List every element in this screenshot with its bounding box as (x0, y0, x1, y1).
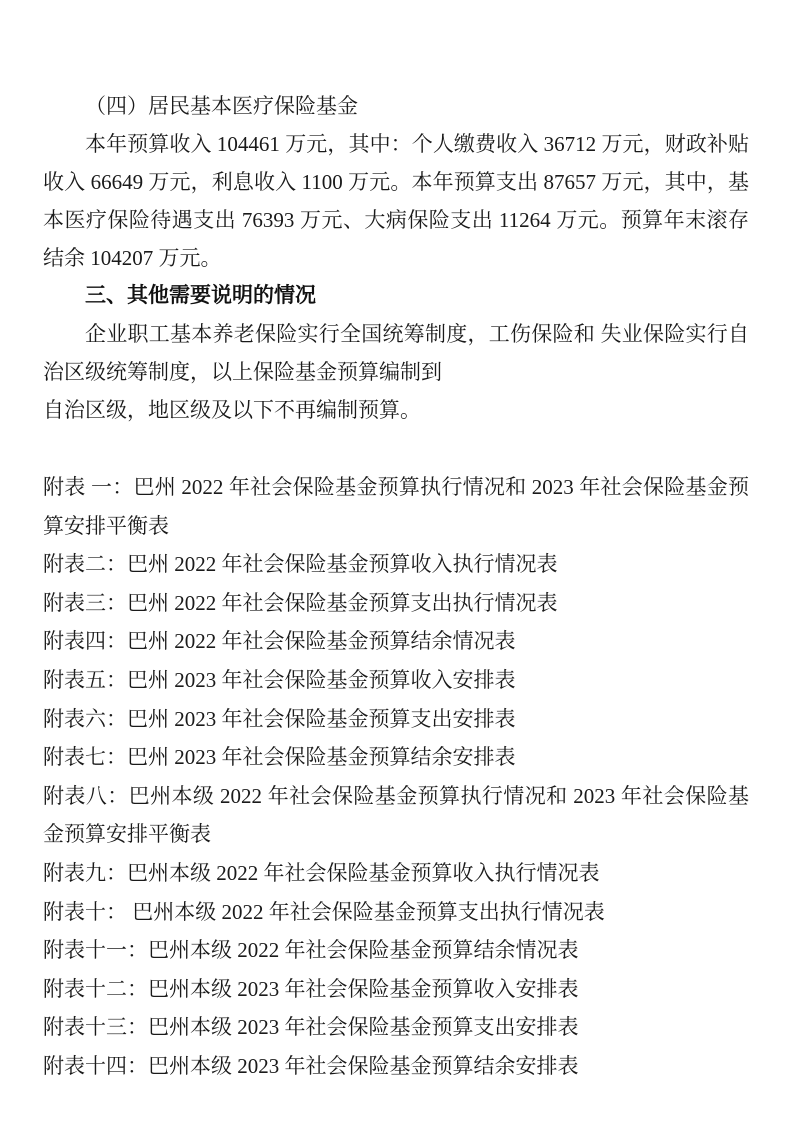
appendix-item-2: 附表二：巴州 2022 年社会保险基金预算收入执行情况表 (43, 545, 749, 584)
appendix-item-7: 附表七：巴州 2023 年社会保险基金预算结余安排表 (43, 738, 749, 777)
other-info-statement-line2: 自治区级，地区级及以下不再编制预算。 (43, 391, 749, 429)
appendix-item-11: 附表十一：巴州本级 2022 年社会保险基金预算结余情况表 (43, 931, 749, 970)
appendix-item-12: 附表十二：巴州本级 2023 年社会保险基金预算收入安排表 (43, 970, 749, 1009)
appendix-item-6: 附表六：巴州 2023 年社会保险基金预算支出安排表 (43, 700, 749, 739)
appendix-item-10: 附表十： 巴州本级 2022 年社会保险基金预算支出执行情况表 (43, 893, 749, 932)
appendix-item-14: 附表十四：巴州本级 2023 年社会保险基金预算结余安排表 (43, 1047, 749, 1086)
section4-body: 本年预算收入 104461 万元，其中：个人缴费收入 36712 万元，财政补贴… (43, 125, 749, 277)
appendix-item-4: 附表四：巴州 2022 年社会保险基金预算结余情况表 (43, 622, 749, 661)
appendix-item-3: 附表三：巴州 2022 年社会保险基金预算支出执行情况表 (43, 584, 749, 623)
appendix-item-9: 附表九：巴州本级 2022 年社会保险基金预算收入执行情况表 (43, 854, 749, 893)
other-info-heading: 三、其他需要说明的情况 (43, 277, 749, 315)
other-info-statement-line1: 企业职工基本养老保险实行全国统筹制度，工伤保险和 失业保险实行自治区级统筹制度，… (43, 315, 749, 391)
appendix-item-1: 附表 一：巴州 2022 年社会保险基金预算执行情况和 2023 年社会保险基金… (43, 468, 749, 545)
appendix-item-13: 附表十三：巴州本级 2023 年社会保险基金预算支出安排表 (43, 1008, 749, 1047)
document-page: （四）居民基本医疗保险基金 本年预算收入 104461 万元，其中：个人缴费收入… (0, 0, 793, 1122)
page-content: （四）居民基本医疗保险基金 本年预算收入 104461 万元，其中：个人缴费收入… (43, 87, 749, 1086)
section4-title: （四）居民基本医疗保险基金 (43, 87, 749, 125)
appendix-item-5: 附表五：巴州 2023 年社会保险基金预算收入安排表 (43, 661, 749, 700)
appendix-list: 附表 一：巴州 2022 年社会保险基金预算执行情况和 2023 年社会保险基金… (43, 468, 749, 1086)
appendix-item-8: 附表八：巴州本级 2022 年社会保险基金预算执行情况和 2023 年社会保险基… (43, 777, 749, 854)
